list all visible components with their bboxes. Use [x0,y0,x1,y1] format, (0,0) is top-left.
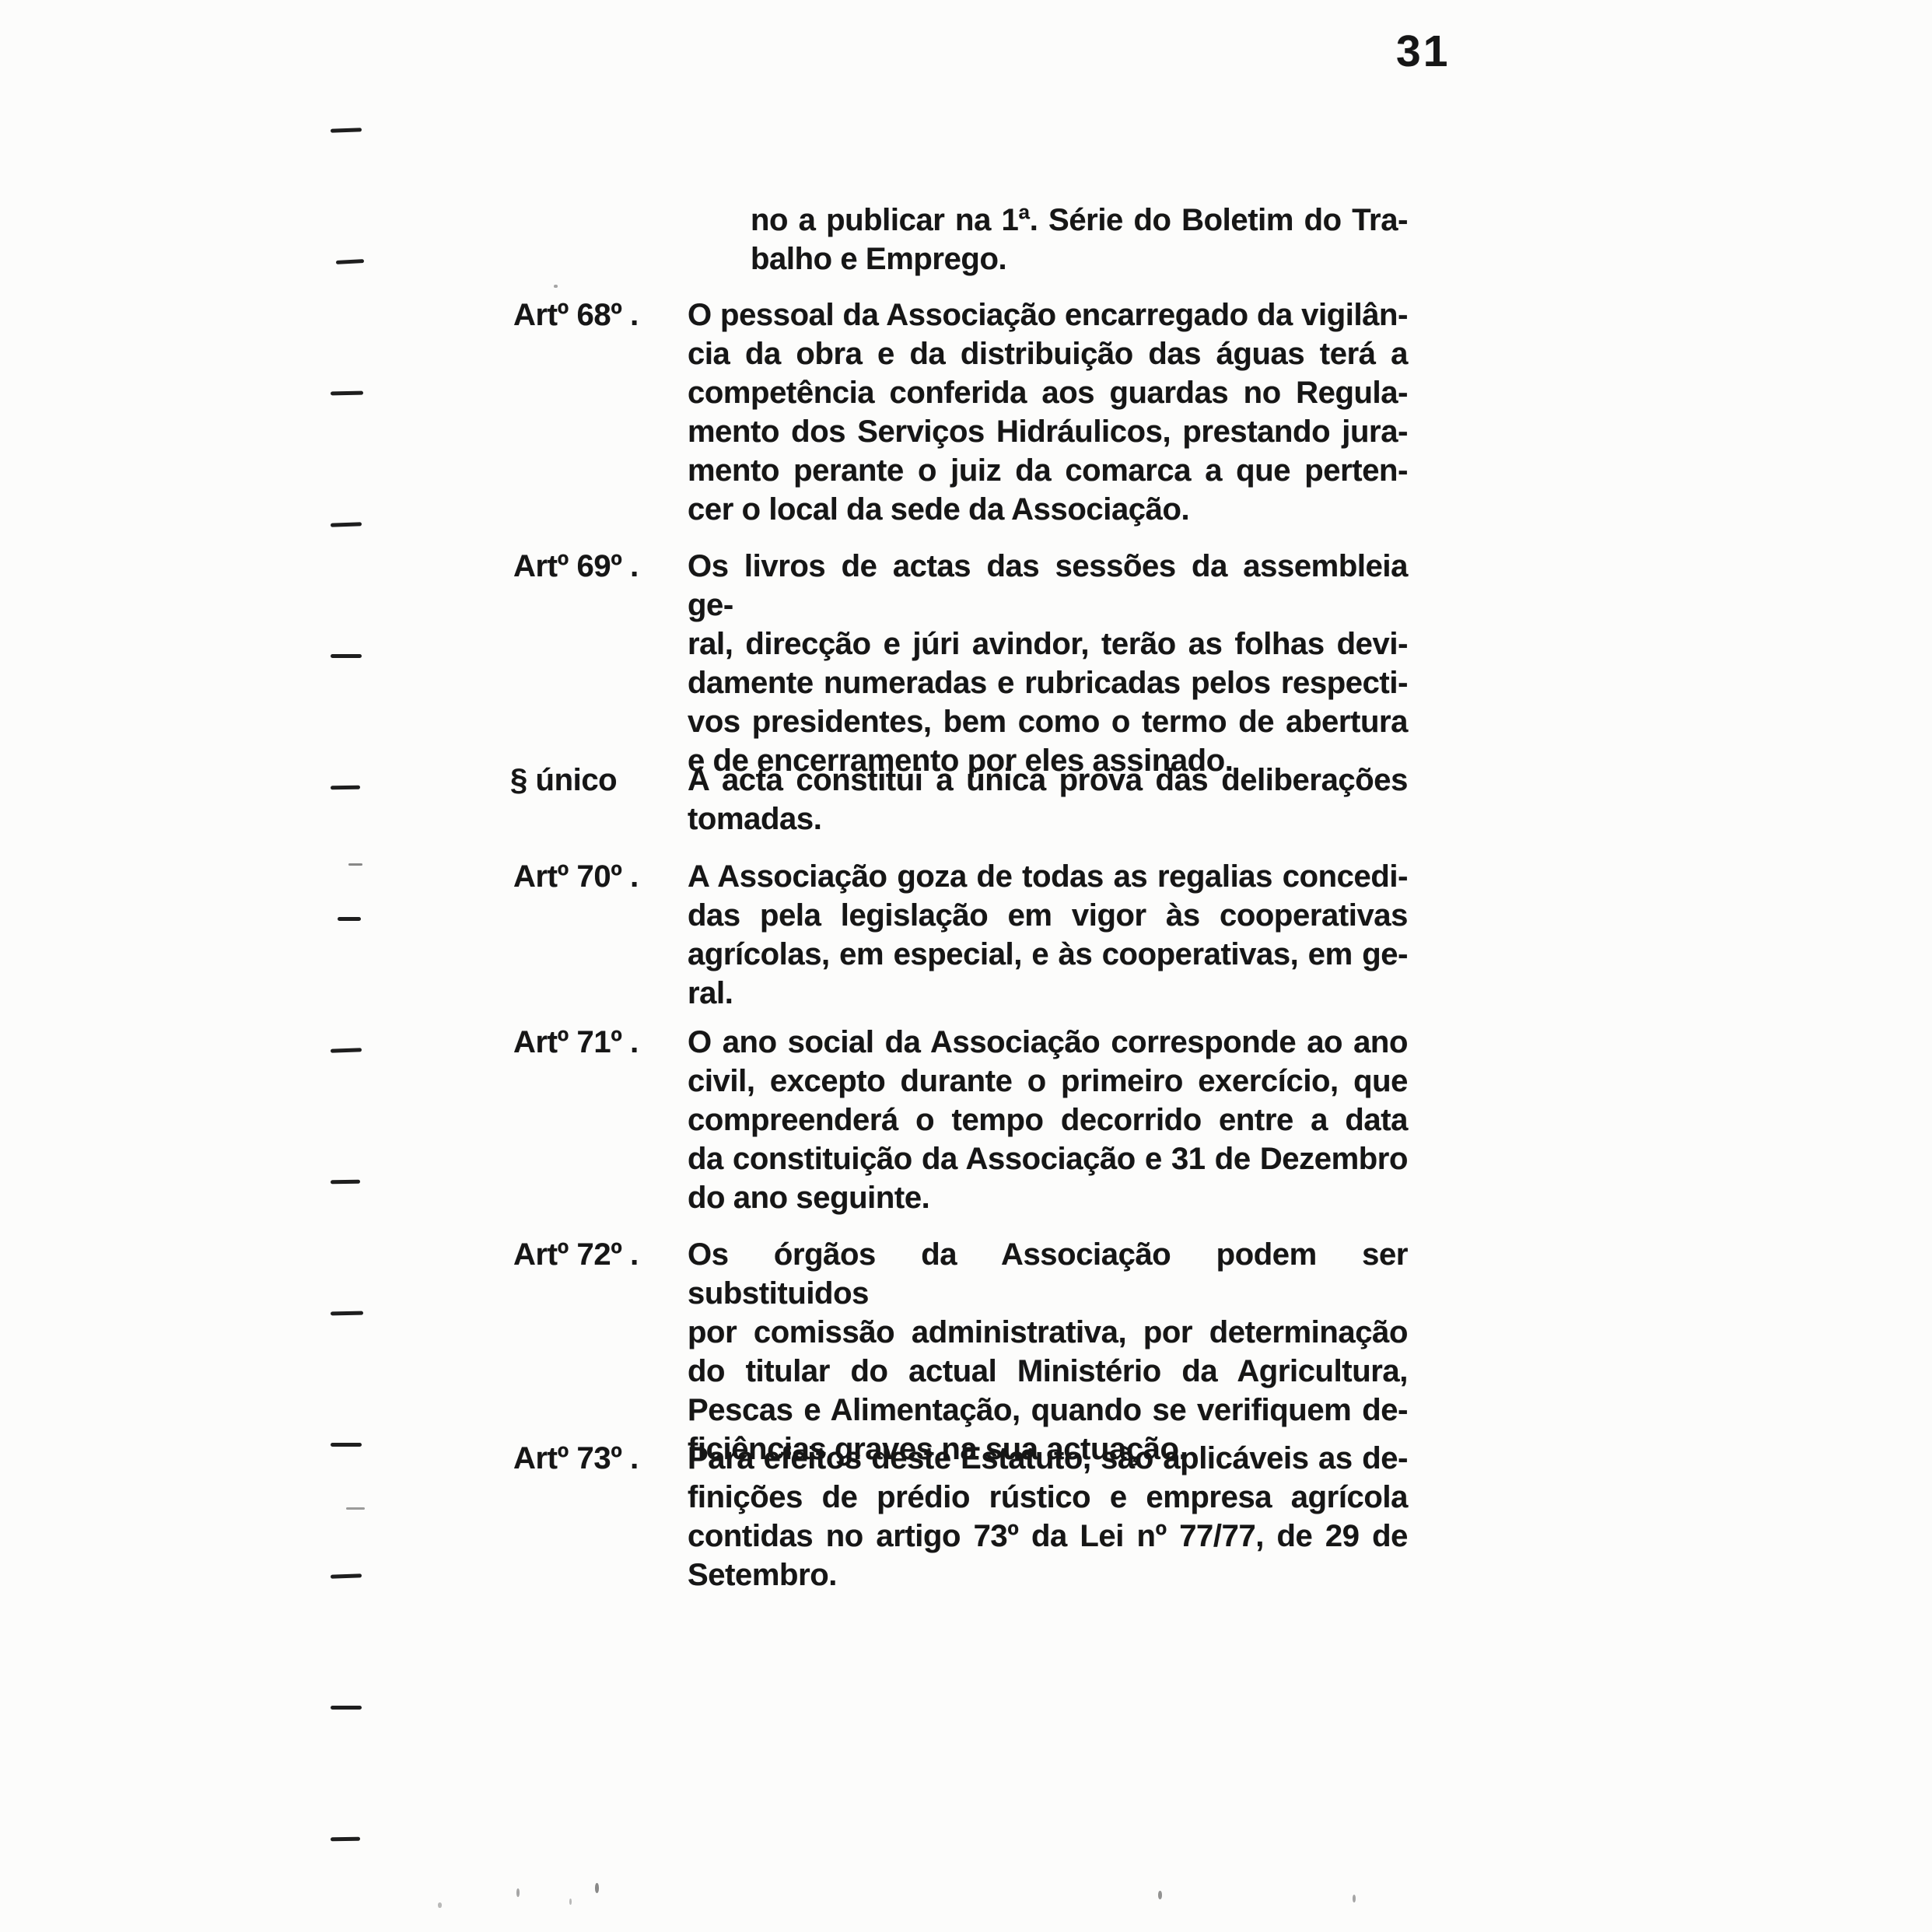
article-label-68: Artº 68º . [513,296,639,334]
article-body-69: Os livros de actas das sessões da assemb… [688,547,1408,780]
text-line: no a publicar na 1ª. Série do Boletim do… [751,201,1408,240]
article-label-72: Artº 72º . [513,1235,639,1274]
text-line: civil, excepto durante o primeiro exercí… [688,1062,1408,1101]
article-body-72: Os órgãos da Associação podem ser substi… [688,1235,1408,1468]
scanned-document-page: 31 no a publicar na 1ª. Série do Boletim… [0,0,1932,1932]
article-body-68: O pessoal da Associação encarregado da v… [688,296,1408,529]
text-line: Pescas e Alimentação, quando se verifiqu… [688,1391,1408,1430]
margin-dash [331,786,360,790]
text-line: cia da obra e da distribuição das águas … [688,334,1408,373]
margin-dash [338,917,361,921]
text-line: A Associação goza de todas as regalias c… [688,857,1408,896]
text-line: das pela legislação em vigor às cooperat… [688,896,1408,935]
margin-dash [336,259,364,264]
scan-speck [516,1888,520,1897]
margin-dash [331,391,363,396]
text-line: damente numeradas e rubricadas pelos res… [688,663,1408,702]
text-line: da constituição da Associação e 31 de De… [688,1139,1408,1178]
text-line: O pessoal da Associação encarregado da v… [688,296,1408,334]
text-line: do ano seguinte. [688,1178,1408,1217]
article-label-70: Artº 70º . [513,857,639,896]
text-line: do titular do actual Ministério da Agric… [688,1352,1408,1391]
article-body-73: Para efeitos deste Estatuto, são aplicáv… [688,1439,1408,1594]
margin-dash [331,654,362,658]
article-body-71: O ano social da Associação corresponde a… [688,1023,1408,1217]
text-line: por comissão administrativa, por determi… [688,1313,1408,1352]
scan-speck [438,1902,442,1908]
margin-dash [331,1048,362,1052]
paragraph-body-unico: A acta constitui a única prova das delib… [688,761,1408,838]
paragraph-label-unico: § único [510,761,617,800]
margin-dash [331,522,362,527]
article-label-73: Artº 73º . [513,1439,639,1478]
text-line: competência conferida aos guardas no Reg… [688,373,1408,412]
continuation-paragraph: no a publicar na 1ª. Série do Boletim do… [751,201,1408,278]
scan-speck [1353,1895,1356,1902]
text-line: Os livros de actas das sessões da assemb… [688,547,1408,625]
text-line: Para efeitos deste Estatuto, são aplicáv… [688,1439,1408,1478]
text-line: vos presidentes, bem como o termo de abe… [688,702,1408,741]
margin-dash [331,1837,360,1842]
margin-dash [348,863,362,866]
text-line: Os órgãos da Associação podem ser substi… [688,1235,1408,1313]
page-number: 31 [1396,28,1450,75]
text-line: tomadas. [688,800,1408,838]
text-line: O ano social da Associação corresponde a… [688,1023,1408,1062]
scan-speck [569,1899,572,1905]
text-line: Setembro. [688,1556,1408,1594]
text-line: agrícolas, em especial, e às cooperativa… [688,935,1408,974]
text-line: cer o local da sede da Associação. [688,490,1408,529]
margin-dash [331,1706,362,1710]
article-label-69: Artº 69º . [513,547,639,586]
text-line: A acta constitui a única prova das delib… [688,761,1408,800]
scan-speck [1158,1891,1162,1899]
margin-dash [331,1180,360,1185]
text-line: finições de prédio rústico e empresa agr… [688,1478,1408,1517]
scan-speck [595,1883,599,1893]
text-line: contidas no artigo 73º da Lei nº 77/77, … [688,1517,1408,1556]
margin-dash [331,1573,362,1578]
text-line: ral. [688,974,1408,1013]
article-body-70: A Associação goza de todas as regalias c… [688,857,1408,1013]
margin-dash [331,1311,363,1316]
margin-dash [331,1443,362,1447]
scan-speck [554,285,558,288]
text-line: mento dos Serviços Hidráulicos, prestand… [688,412,1408,451]
text-line: compreenderá o tempo decorrido entre a d… [688,1101,1408,1139]
margin-dash [346,1507,365,1510]
article-label-71: Artº 71º . [513,1023,639,1062]
margin-dash [331,128,362,132]
text-line: ral, direcção e júri avindor, terão as f… [688,625,1408,663]
text-line: mento perante o juiz da comarca a que pe… [688,451,1408,490]
text-line: balho e Emprego. [751,240,1408,278]
